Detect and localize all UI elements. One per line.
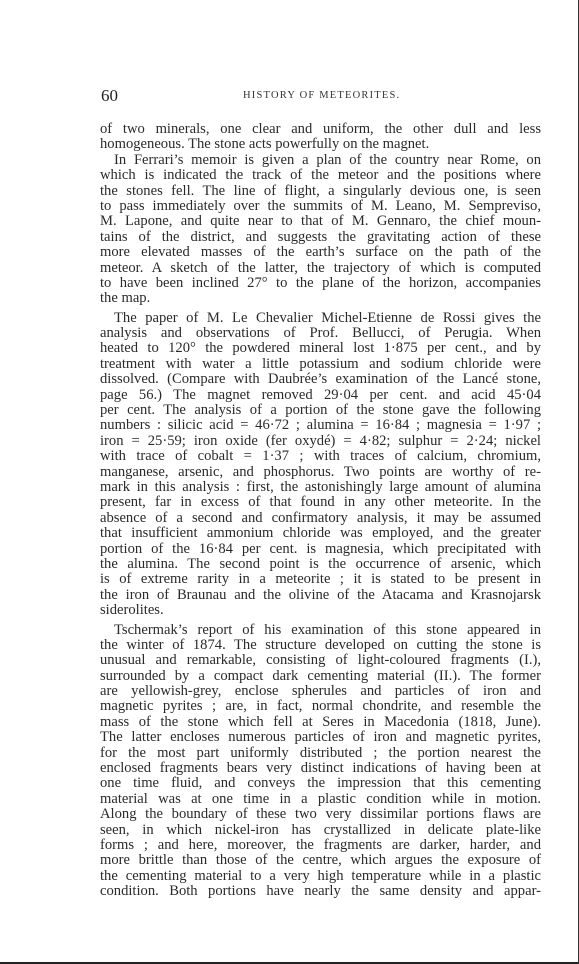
- text-line: mass of the stone which fell at Seres in…: [100, 715, 541, 730]
- paragraph-ferrari: In Ferrari’s memoir is given a plan of t…: [100, 153, 541, 307]
- text-line: The latter encloses numerous particles o…: [100, 730, 541, 745]
- text-line: absence of a second and confirmatory ana…: [100, 511, 541, 526]
- text-line: material was at one time in a plastic co…: [100, 792, 541, 807]
- text-line: to have been inclined 27° to the plane o…: [100, 276, 541, 291]
- text-line: magnetic pyrites ; are, in fact, normal …: [100, 699, 541, 714]
- text-line: the winter of 1874. The structure develo…: [100, 638, 541, 653]
- text-line: manganese, arsenic, and phosphorus. Two …: [100, 465, 541, 480]
- text-line: numbers : silicic acid = 46·72 ; alumina…: [100, 418, 541, 433]
- text-line: iron = 25·59; iron oxide (fer oxydé) = 4…: [100, 434, 541, 449]
- text-line: present, far in excess of that found in …: [100, 495, 541, 510]
- text-line: surrounded by a compact dark cementing m…: [100, 669, 541, 684]
- text-line: condition. Both portions have nearly the…: [100, 884, 541, 899]
- text-line: In Ferrari’s memoir is given a plan of t…: [100, 153, 541, 168]
- text-line: mark in this analysis : first, the aston…: [100, 480, 541, 495]
- text-line: one time fluid, and conveys the impressi…: [100, 776, 541, 791]
- text-line: the stones fell. The line of flight, a s…: [100, 184, 541, 199]
- paragraph-tschermak: Tschermak’s report of his examination of…: [100, 623, 541, 900]
- text-line: treatment with water a little potassium …: [100, 357, 541, 372]
- text-line: of two minerals, one clear and uniform, …: [100, 122, 541, 137]
- text-line: page 56.) The magnet removed 29·04 per c…: [100, 388, 541, 403]
- page-number: 60: [101, 86, 118, 106]
- text-line: more brittle than those of the centre, w…: [100, 853, 541, 868]
- text-line: siderolites.: [100, 603, 541, 618]
- text-line: for the most part uniformly distributed …: [100, 746, 541, 761]
- text-line: Tschermak’s report of his examination of…: [100, 623, 541, 638]
- text-line: forms ; and here, moreover, the fragment…: [100, 838, 541, 853]
- text-line: analysis and observations of Prof. Bellu…: [100, 326, 541, 341]
- text-line: meteor. A sketch of the latter, the traj…: [100, 261, 541, 276]
- text-line: the alumina. The second point is the occ…: [100, 557, 541, 572]
- paragraph-de-rossi: The paper of M. Le Chevalier Michel-Etie…: [100, 311, 541, 619]
- text-line: is of extreme rarity in a meteorite ; it…: [100, 572, 541, 587]
- paragraph-continuation: of two minerals, one clear and uniform, …: [100, 122, 541, 153]
- text-line: portion of the 16·84 per cent. is magnes…: [100, 542, 541, 557]
- text-line: per cent. The analysis of a portion of t…: [100, 403, 541, 418]
- text-line: the cementing material to a very high te…: [100, 869, 541, 884]
- text-line: to pass immediately over the summits of …: [100, 199, 541, 214]
- text-line: the map.: [100, 291, 541, 306]
- text-line: homogeneous. The stone acts powerfully o…: [100, 137, 541, 152]
- text-line: heated to 120° the powdered mineral lost…: [100, 341, 541, 356]
- text-line: tains of the district, and suggests the …: [100, 230, 541, 245]
- text-line: more elevated masses of the earth’s surf…: [100, 245, 541, 260]
- text-line: that insufficient ammonium chloride was …: [100, 526, 541, 541]
- text-line: enclosed fragments bears very distinct i…: [100, 761, 541, 776]
- text-line: are yellowish-grey, enclose spherules an…: [100, 684, 541, 699]
- text-line: seen, in which nickel-iron has crystalli…: [100, 823, 541, 838]
- page-header: 60 HISTORY OF METEORITES.: [101, 86, 541, 106]
- text-line: the iron of Braunau and the olivine of t…: [100, 588, 541, 603]
- text-line: dissolved. (Compare with Daubrée’s exami…: [100, 372, 541, 387]
- running-head: HISTORY OF METEORITES.: [243, 90, 400, 101]
- body-text: of two minerals, one clear and uniform, …: [100, 122, 541, 900]
- text-line: The paper of M. Le Chevalier Michel-Etie…: [100, 311, 541, 326]
- text-line: M. Lapone, and quite near to that of M. …: [100, 214, 541, 229]
- text-line: with trace of cobalt = 1·37 ; with trace…: [100, 449, 541, 464]
- book-page: 60 HISTORY OF METEORITES. of two mineral…: [0, 0, 579, 964]
- text-line: Along the boundary of these two very dis…: [100, 807, 541, 822]
- text-line: unusual and remarkable, consisting of li…: [100, 653, 541, 668]
- text-line: which is indicated the track of the mete…: [100, 168, 541, 183]
